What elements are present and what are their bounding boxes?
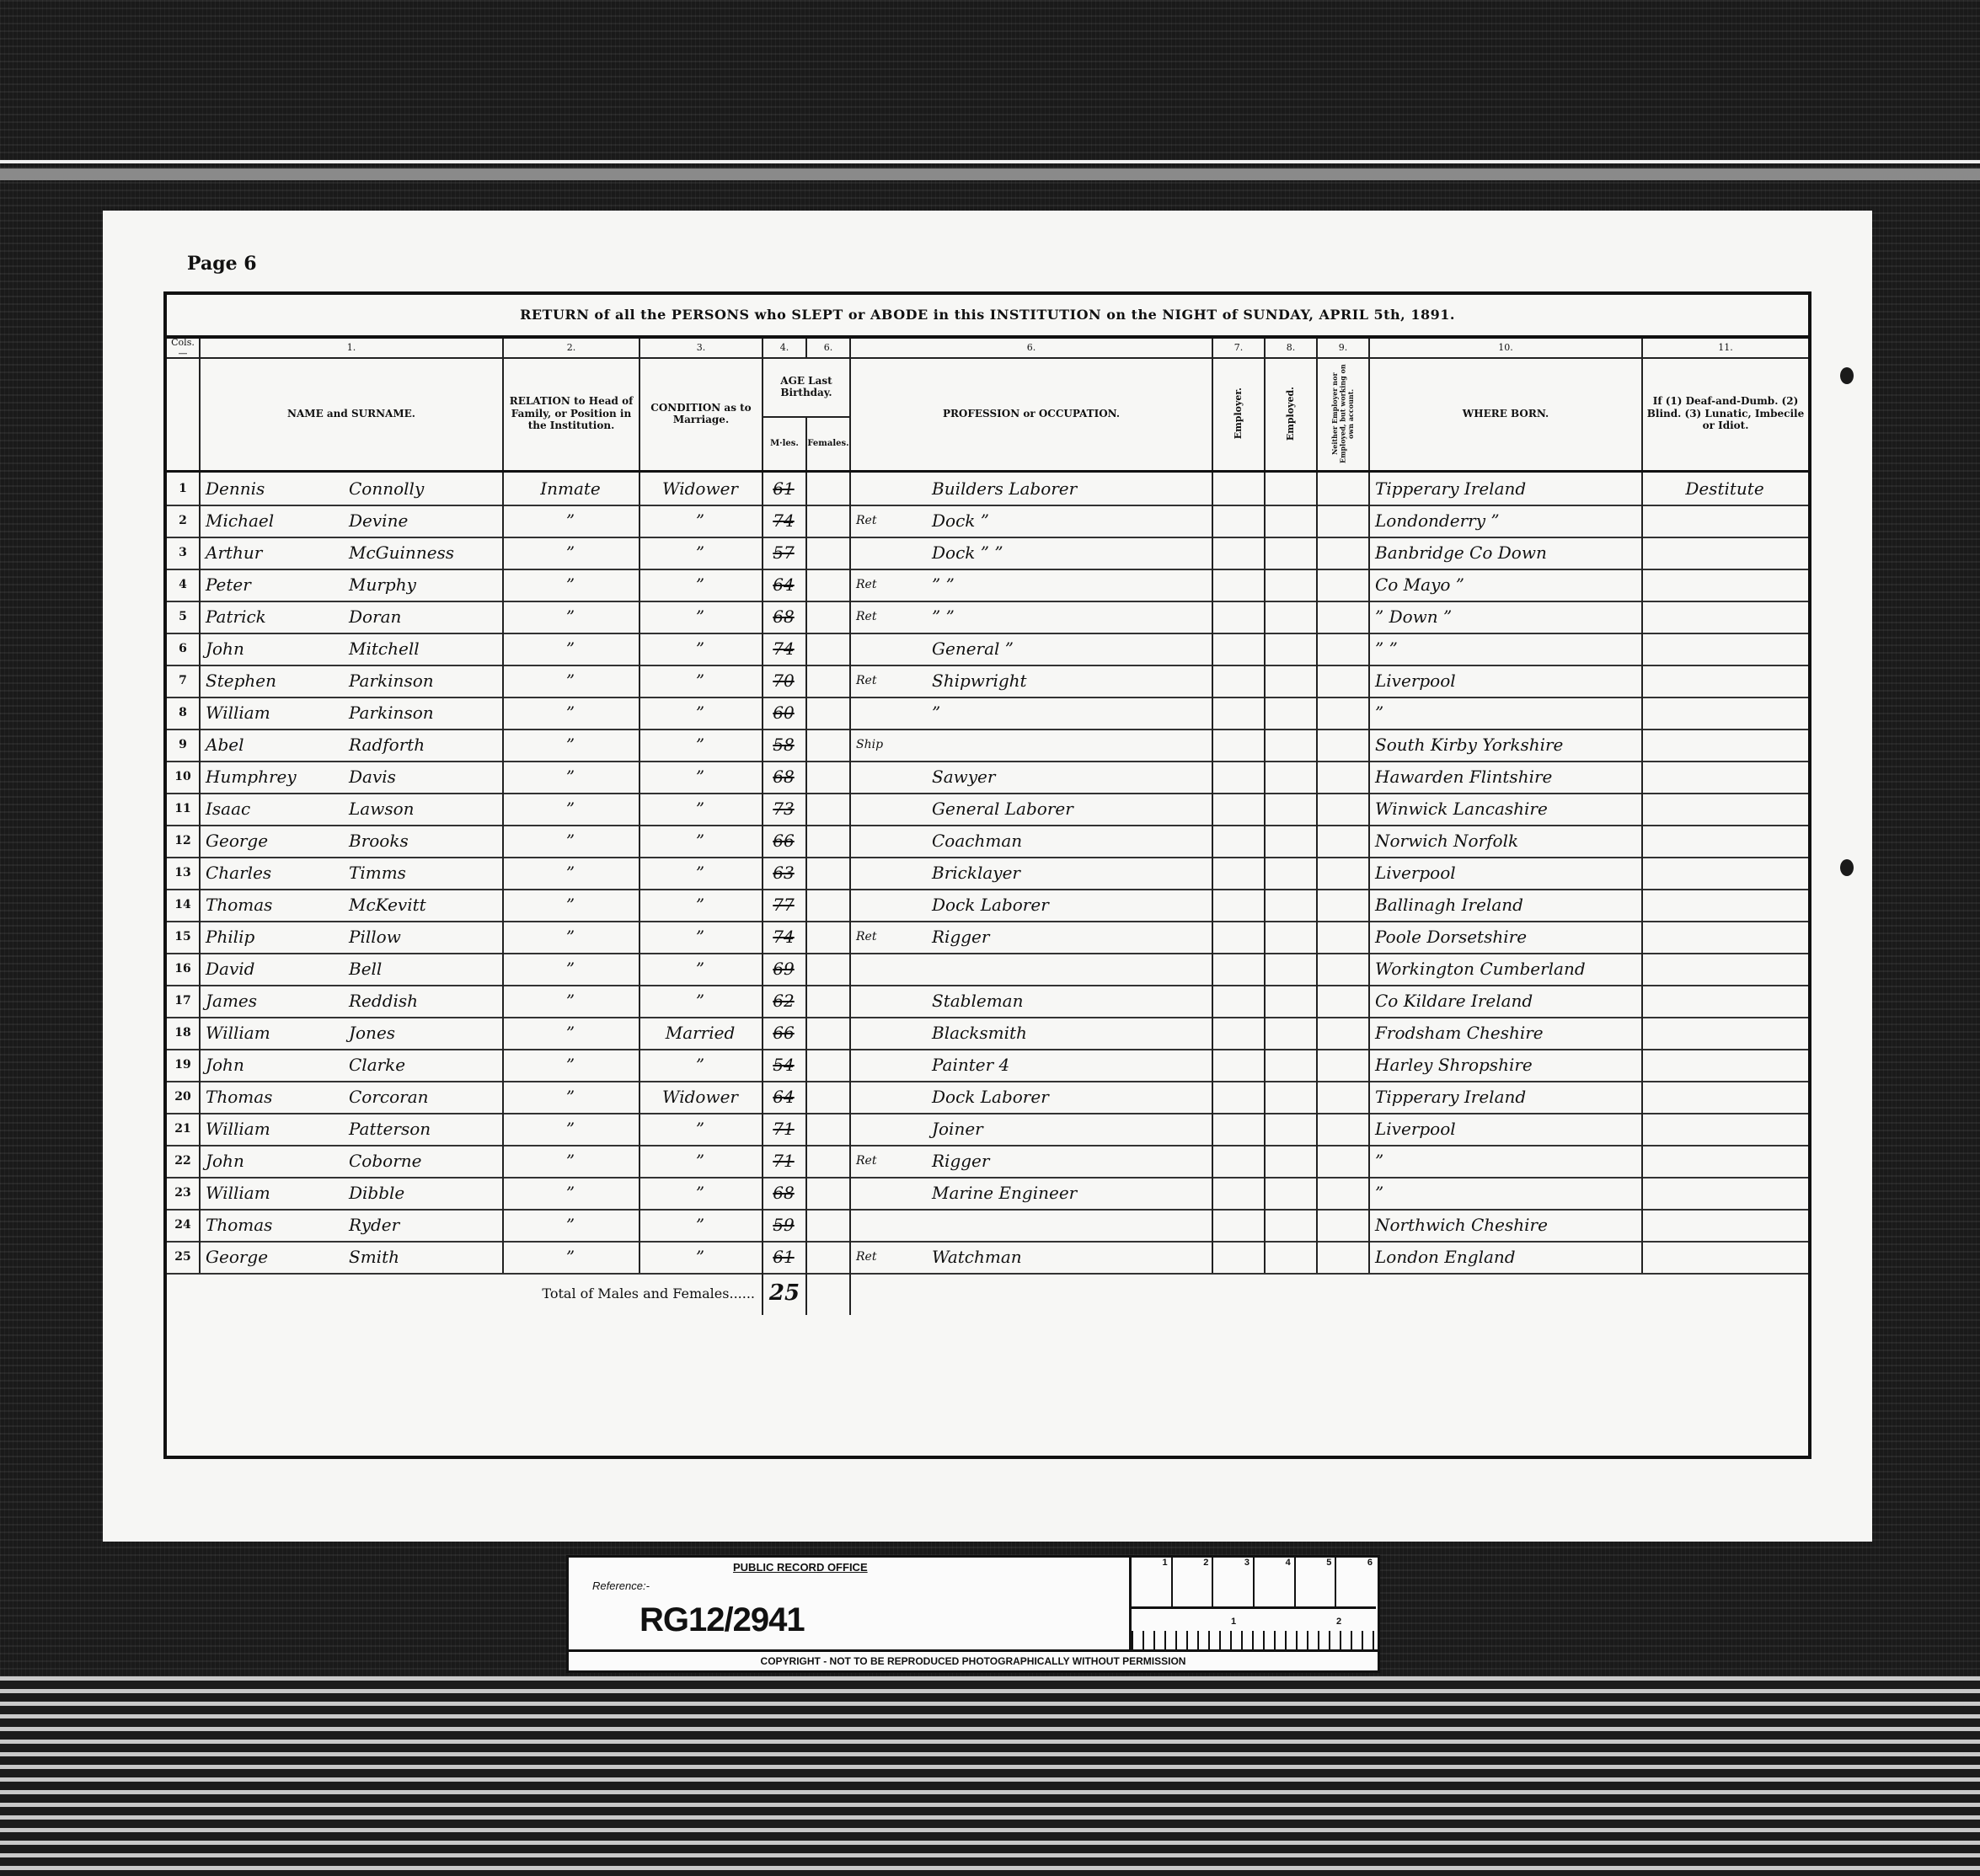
table-row: 5PatrickDoran””68Ret” ”” Down ” bbox=[167, 601, 1808, 634]
age-male-cell: 58 bbox=[763, 729, 807, 761]
employed-cell bbox=[1266, 729, 1318, 761]
condition-cell: ” bbox=[640, 729, 763, 761]
occupation-cell: ” ” bbox=[927, 601, 1213, 633]
col-num-6: 6. bbox=[851, 339, 1213, 357]
own-account-cell bbox=[1318, 537, 1370, 569]
occupation-cell bbox=[927, 729, 1213, 761]
condition-cell: ” bbox=[640, 761, 763, 793]
infirmity-cell bbox=[1643, 1017, 1808, 1049]
total-females bbox=[807, 1273, 851, 1315]
first-name-cell: Thomas bbox=[201, 1081, 344, 1113]
employed-cell bbox=[1266, 601, 1318, 633]
employed-cell bbox=[1266, 1113, 1318, 1145]
occupation-cell: Shipwright bbox=[927, 665, 1213, 697]
first-name-cell: William bbox=[201, 1177, 344, 1209]
surname-cell: Ryder bbox=[344, 1209, 504, 1241]
row-number-cell: 4 bbox=[167, 569, 201, 601]
occupation-note-cell: Ret bbox=[851, 921, 927, 953]
row-number-cell: 19 bbox=[167, 1049, 201, 1081]
own-account-cell bbox=[1318, 473, 1370, 505]
occupation-note-cell: Ret bbox=[851, 1241, 927, 1273]
where-born-cell: ” bbox=[1370, 697, 1643, 729]
surname-cell: Smith bbox=[344, 1241, 504, 1273]
age-male-cell: 60 bbox=[763, 697, 807, 729]
surname-cell: Parkinson bbox=[344, 697, 504, 729]
where-born-cell: Ballinagh Ireland bbox=[1370, 889, 1643, 921]
occupation-cell: ” bbox=[927, 697, 1213, 729]
relation-cell: ” bbox=[504, 1049, 640, 1081]
occupation-note-cell bbox=[851, 825, 927, 857]
infirmity-cell bbox=[1643, 1081, 1808, 1113]
ruler-inch-mark: 2 bbox=[1336, 1617, 1341, 1627]
infirmity-cell bbox=[1643, 505, 1808, 537]
header-where-born: WHERE BORN. bbox=[1370, 357, 1643, 470]
total-row: Total of Males and Females...... 25 bbox=[167, 1273, 1808, 1315]
first-name-cell: Isaac bbox=[201, 793, 344, 825]
row-number-cell: 1 bbox=[167, 473, 201, 505]
employed-cell bbox=[1266, 537, 1318, 569]
employed-cell bbox=[1266, 857, 1318, 889]
age-male-cell: 71 bbox=[763, 1145, 807, 1177]
relation-cell: ” bbox=[504, 825, 640, 857]
where-born-cell: Co Kildare Ireland bbox=[1370, 985, 1643, 1017]
col-num-4: 4. bbox=[763, 339, 807, 357]
table-row: 20ThomasCorcoran”Widower64Dock LaborerTi… bbox=[167, 1081, 1808, 1114]
table-row: 18WilliamJones”Married66BlacksmithFrodsh… bbox=[167, 1017, 1808, 1050]
age-female-cell bbox=[807, 825, 851, 857]
table-row: 9AbelRadforth””58ShipSouth Kirby Yorkshi… bbox=[167, 729, 1808, 762]
occupation-cell: Coachman bbox=[927, 825, 1213, 857]
own-account-cell bbox=[1318, 601, 1370, 633]
occupation-cell: ” ” bbox=[927, 569, 1213, 601]
col-num-10: 10. bbox=[1370, 339, 1643, 357]
col-num-11: 11. bbox=[1643, 339, 1808, 357]
infirmity-cell bbox=[1643, 1145, 1808, 1177]
table-row: 8WilliamParkinson””60”” bbox=[167, 697, 1808, 730]
first-name-cell: Peter bbox=[201, 569, 344, 601]
own-account-cell bbox=[1318, 889, 1370, 921]
header-females: Females. bbox=[807, 418, 851, 470]
where-born-cell: Liverpool bbox=[1370, 1113, 1643, 1145]
occupation-cell: Rigger bbox=[927, 1145, 1213, 1177]
surname-cell: Connolly bbox=[344, 473, 504, 505]
occupation-cell: General Laborer bbox=[927, 793, 1213, 825]
table-row: 16DavidBell””69Workington Cumberland bbox=[167, 953, 1808, 986]
occupation-cell: Bricklayer bbox=[927, 857, 1213, 889]
employer-cell bbox=[1213, 505, 1266, 537]
age-female-cell bbox=[807, 537, 851, 569]
own-account-cell bbox=[1318, 793, 1370, 825]
ruler-mark: 2 bbox=[1173, 1558, 1214, 1606]
surname-cell: Radforth bbox=[344, 729, 504, 761]
ruler-mark: 1 bbox=[1132, 1558, 1173, 1606]
table-row: 15PhilipPillow””74RetRiggerPoole Dorsets… bbox=[167, 921, 1808, 954]
age-male-cell: 68 bbox=[763, 1177, 807, 1209]
condition-cell: ” bbox=[640, 857, 763, 889]
form-title: RETURN of all the PERSONS who SLEPT or A… bbox=[167, 295, 1808, 339]
first-name-cell: John bbox=[201, 633, 344, 665]
first-name-cell: George bbox=[201, 825, 344, 857]
infirmity-cell bbox=[1643, 697, 1808, 729]
first-name-cell: John bbox=[201, 1049, 344, 1081]
table-row: 7StephenParkinson””70RetShipwrightLiverp… bbox=[167, 665, 1808, 698]
condition-cell: ” bbox=[640, 889, 763, 921]
condition-cell: ” bbox=[640, 985, 763, 1017]
where-born-cell: Frodsham Cheshire bbox=[1370, 1017, 1643, 1049]
ruler-top: 1 2 3 4 5 6 bbox=[1132, 1558, 1376, 1609]
table-row: 2MichaelDevine””74RetDock ”Londonderry ” bbox=[167, 505, 1808, 538]
surname-cell: Parkinson bbox=[344, 665, 504, 697]
surname-cell: Jones bbox=[344, 1017, 504, 1049]
employed-cell bbox=[1266, 985, 1318, 1017]
row-number-cell: 17 bbox=[167, 985, 201, 1017]
relation-cell: ” bbox=[504, 1081, 640, 1113]
own-account-cell bbox=[1318, 1081, 1370, 1113]
age-female-cell bbox=[807, 1177, 851, 1209]
where-born-cell: Tipperary Ireland bbox=[1370, 473, 1643, 505]
first-name-cell: Stephen bbox=[201, 665, 344, 697]
employer-cell bbox=[1213, 1113, 1266, 1145]
employer-cell bbox=[1213, 825, 1266, 857]
where-born-cell: ” Down ” bbox=[1370, 601, 1643, 633]
header-relation: RELATION to Head of Family, or Position … bbox=[504, 357, 640, 470]
col-num-8: 8. bbox=[1266, 339, 1318, 357]
table-row: 12GeorgeBrooks””66CoachmanNorwich Norfol… bbox=[167, 825, 1808, 858]
occupation-note-cell bbox=[851, 697, 927, 729]
occupation-note-cell bbox=[851, 1113, 927, 1145]
surname-cell: Pillow bbox=[344, 921, 504, 953]
col-num-9: 9. bbox=[1318, 339, 1370, 357]
header-employed-text: Employed. bbox=[1285, 387, 1296, 441]
relation-cell: ” bbox=[504, 985, 640, 1017]
punch-hole bbox=[1840, 859, 1854, 876]
relation-cell: ” bbox=[504, 697, 640, 729]
row-number-cell: 7 bbox=[167, 665, 201, 697]
occupation-cell: Painter 4 bbox=[927, 1049, 1213, 1081]
first-name-cell: Dennis bbox=[201, 473, 344, 505]
relation-cell: ” bbox=[504, 1145, 640, 1177]
cols-label: Cols.— bbox=[167, 339, 201, 357]
header-occupation: PROFESSION or OCCUPATION. bbox=[851, 357, 1213, 470]
relation-cell: ” bbox=[504, 665, 640, 697]
row-number-cell: 18 bbox=[167, 1017, 201, 1049]
employer-cell bbox=[1213, 761, 1266, 793]
relation-cell: ” bbox=[504, 729, 640, 761]
occupation-cell: Marine Engineer bbox=[927, 1177, 1213, 1209]
where-born-cell: Harley Shropshire bbox=[1370, 1049, 1643, 1081]
age-male-cell: 54 bbox=[763, 1049, 807, 1081]
surname-cell: Corcoran bbox=[344, 1081, 504, 1113]
employer-cell bbox=[1213, 601, 1266, 633]
infirmity-cell bbox=[1643, 857, 1808, 889]
occupation-note-cell bbox=[851, 473, 927, 505]
row-number-cell: 8 bbox=[167, 697, 201, 729]
infirmity-cell bbox=[1643, 953, 1808, 985]
employed-cell bbox=[1266, 505, 1318, 537]
relation-cell: ” bbox=[504, 953, 640, 985]
surname-cell: Mitchell bbox=[344, 633, 504, 665]
employed-cell bbox=[1266, 953, 1318, 985]
condition-cell: ” bbox=[640, 697, 763, 729]
row-number-cell: 12 bbox=[167, 825, 201, 857]
employer-cell bbox=[1213, 1209, 1266, 1241]
header-neither: Neither Employer nor Employed, but worki… bbox=[1318, 357, 1370, 470]
condition-cell: ” bbox=[640, 1241, 763, 1273]
occupation-cell: Builders Laborer bbox=[927, 473, 1213, 505]
table-row: 1DennisConnollyInmateWidower61Builders L… bbox=[167, 473, 1808, 506]
employed-cell bbox=[1266, 1081, 1318, 1113]
row-number-cell: 23 bbox=[167, 1177, 201, 1209]
where-born-cell: Workington Cumberland bbox=[1370, 953, 1643, 985]
ruler-mark: 5 bbox=[1296, 1558, 1337, 1606]
occupation-note-cell bbox=[851, 985, 927, 1017]
first-name-cell: George bbox=[201, 1241, 344, 1273]
infirmity-cell bbox=[1643, 793, 1808, 825]
age-female-cell bbox=[807, 793, 851, 825]
ref-prefix: Reference:- bbox=[592, 1579, 650, 1592]
row-number-cell: 3 bbox=[167, 537, 201, 569]
occupation-note-cell: Ret bbox=[851, 665, 927, 697]
employed-cell bbox=[1266, 697, 1318, 729]
employer-cell bbox=[1213, 1017, 1266, 1049]
where-born-cell: Hawarden Flintshire bbox=[1370, 761, 1643, 793]
ruler-bottom: 1 2 bbox=[1132, 1608, 1376, 1649]
condition-cell: ” bbox=[640, 1049, 763, 1081]
table-row: 22JohnCoborne””71RetRigger” bbox=[167, 1145, 1808, 1179]
table-row: 3ArthurMcGuinness””57Dock ” ”Banbridge C… bbox=[167, 537, 1808, 570]
where-born-cell: Poole Dorsetshire bbox=[1370, 921, 1643, 953]
occupation-cell: Joiner bbox=[927, 1113, 1213, 1145]
employed-cell bbox=[1266, 1177, 1318, 1209]
own-account-cell bbox=[1318, 633, 1370, 665]
age-female-cell bbox=[807, 601, 851, 633]
header-males: M·les. bbox=[763, 418, 807, 470]
first-name-cell: David bbox=[201, 953, 344, 985]
age-female-cell bbox=[807, 633, 851, 665]
age-male-cell: 74 bbox=[763, 921, 807, 953]
infirmity-cell bbox=[1643, 633, 1808, 665]
header-name: NAME and SURNAME. bbox=[201, 357, 504, 470]
own-account-cell bbox=[1318, 1209, 1370, 1241]
age-male-cell: 57 bbox=[763, 537, 807, 569]
age-male-cell: 63 bbox=[763, 857, 807, 889]
employer-cell bbox=[1213, 1081, 1266, 1113]
infirmity-cell: Destitute bbox=[1643, 473, 1808, 505]
surname-cell: Clarke bbox=[344, 1049, 504, 1081]
own-account-cell bbox=[1318, 921, 1370, 953]
age-female-cell bbox=[807, 1209, 851, 1241]
employed-cell bbox=[1266, 793, 1318, 825]
condition-cell: ” bbox=[640, 953, 763, 985]
age-male-cell: 74 bbox=[763, 505, 807, 537]
occupation-note-cell bbox=[851, 1177, 927, 1209]
occupation-note-cell bbox=[851, 633, 927, 665]
surname-cell: Brooks bbox=[344, 825, 504, 857]
infirmity-cell bbox=[1643, 889, 1808, 921]
first-name-cell: Humphrey bbox=[201, 761, 344, 793]
where-born-cell: Londonderry ” bbox=[1370, 505, 1643, 537]
condition-cell: ” bbox=[640, 1177, 763, 1209]
employed-cell bbox=[1266, 1145, 1318, 1177]
row-number-cell: 9 bbox=[167, 729, 201, 761]
relation-cell: ” bbox=[504, 889, 640, 921]
employer-cell bbox=[1213, 985, 1266, 1017]
relation-cell: ” bbox=[504, 1113, 640, 1145]
page-label: Page 6 bbox=[187, 253, 257, 275]
occupation-cell: General ” bbox=[927, 633, 1213, 665]
own-account-cell bbox=[1318, 825, 1370, 857]
first-name-cell: Patrick bbox=[201, 601, 344, 633]
age-male-cell: 62 bbox=[763, 985, 807, 1017]
own-account-cell bbox=[1318, 505, 1370, 537]
where-born-cell: Tipperary Ireland bbox=[1370, 1081, 1643, 1113]
occupation-cell: Sawyer bbox=[927, 761, 1213, 793]
condition-cell: ” bbox=[640, 825, 763, 857]
employed-cell bbox=[1266, 473, 1318, 505]
employed-cell bbox=[1266, 761, 1318, 793]
condition-cell: ” bbox=[640, 537, 763, 569]
occupation-note-cell: Ret bbox=[851, 601, 927, 633]
row-number-cell: 10 bbox=[167, 761, 201, 793]
first-name-cell: Abel bbox=[201, 729, 344, 761]
occupation-note-cell bbox=[851, 1081, 927, 1113]
ruler-mark: 6 bbox=[1336, 1558, 1376, 1606]
age-male-cell: 74 bbox=[763, 633, 807, 665]
condition-cell: ” bbox=[640, 569, 763, 601]
age-female-cell bbox=[807, 473, 851, 505]
col-num-5: 6. bbox=[807, 339, 851, 357]
occupation-cell: Dock Laborer bbox=[927, 889, 1213, 921]
first-name-cell: Thomas bbox=[201, 1209, 344, 1241]
infirmity-cell bbox=[1643, 1049, 1808, 1081]
age-male-cell: 66 bbox=[763, 825, 807, 857]
occupation-cell: Dock ” bbox=[927, 505, 1213, 537]
age-female-cell bbox=[807, 889, 851, 921]
condition-cell: ” bbox=[640, 1145, 763, 1177]
employer-cell bbox=[1213, 729, 1266, 761]
surname-cell: Davis bbox=[344, 761, 504, 793]
employed-cell bbox=[1266, 665, 1318, 697]
employer-cell bbox=[1213, 1145, 1266, 1177]
infirmity-cell bbox=[1643, 729, 1808, 761]
infirmity-cell bbox=[1643, 761, 1808, 793]
condition-cell: ” bbox=[640, 633, 763, 665]
occupation-note-cell bbox=[851, 857, 927, 889]
occupation-note-cell bbox=[851, 1209, 927, 1241]
row-number-cell: 15 bbox=[167, 921, 201, 953]
employer-cell bbox=[1213, 633, 1266, 665]
occupation-cell bbox=[927, 953, 1213, 985]
employer-cell bbox=[1213, 569, 1266, 601]
occupation-cell: Rigger bbox=[927, 921, 1213, 953]
employed-cell bbox=[1266, 1209, 1318, 1241]
row-number-cell: 22 bbox=[167, 1145, 201, 1177]
age-male-cell: 70 bbox=[763, 665, 807, 697]
scan-frame-line bbox=[0, 160, 1980, 163]
occupation-note-cell: Ret bbox=[851, 569, 927, 601]
own-account-cell bbox=[1318, 985, 1370, 1017]
infirmity-cell bbox=[1643, 1241, 1808, 1273]
age-male-cell: 59 bbox=[763, 1209, 807, 1241]
table-row: 17JamesReddish””62StablemanCo Kildare Ir… bbox=[167, 985, 1808, 1018]
condition-cell: ” bbox=[640, 921, 763, 953]
employer-cell bbox=[1213, 1177, 1266, 1209]
surname-cell: Coborne bbox=[344, 1145, 504, 1177]
age-male-cell: 73 bbox=[763, 793, 807, 825]
occupation-cell: Stableman bbox=[927, 985, 1213, 1017]
row-number-cell: 5 bbox=[167, 601, 201, 633]
where-born-cell: Winwick Lancashire bbox=[1370, 793, 1643, 825]
own-account-cell bbox=[1318, 697, 1370, 729]
surname-cell: Lawson bbox=[344, 793, 504, 825]
employer-cell bbox=[1213, 889, 1266, 921]
occupation-note-cell bbox=[851, 953, 927, 985]
own-account-cell bbox=[1318, 761, 1370, 793]
age-female-cell bbox=[807, 1017, 851, 1049]
row-number-cell: 6 bbox=[167, 633, 201, 665]
age-female-cell bbox=[807, 953, 851, 985]
surname-cell: Murphy bbox=[344, 569, 504, 601]
header-condition: CONDITION as to Marriage. bbox=[640, 357, 763, 470]
own-account-cell bbox=[1318, 1241, 1370, 1273]
row-number-cell: 21 bbox=[167, 1113, 201, 1145]
ref-office: PUBLIC RECORD OFFICE bbox=[733, 1561, 868, 1574]
surname-cell: McGuinness bbox=[344, 537, 504, 569]
surname-cell: McKevitt bbox=[344, 889, 504, 921]
occupation-note-cell: Ret bbox=[851, 1145, 927, 1177]
infirmity-cell bbox=[1643, 665, 1808, 697]
row-number-cell: 24 bbox=[167, 1209, 201, 1241]
employer-cell bbox=[1213, 697, 1266, 729]
occupation-cell bbox=[927, 1209, 1213, 1241]
infirmity-cell bbox=[1643, 985, 1808, 1017]
age-male-cell: 69 bbox=[763, 953, 807, 985]
employer-cell bbox=[1213, 953, 1266, 985]
infirmity-cell bbox=[1643, 1209, 1808, 1241]
header-employer-text: Employer. bbox=[1233, 387, 1244, 439]
occupation-note-cell bbox=[851, 889, 927, 921]
occupation-cell: Dock Laborer bbox=[927, 1081, 1213, 1113]
employer-cell bbox=[1213, 857, 1266, 889]
relation-cell: ” bbox=[504, 505, 640, 537]
age-female-cell bbox=[807, 921, 851, 953]
relation-cell: Inmate bbox=[504, 473, 640, 505]
relation-cell: ” bbox=[504, 1241, 640, 1273]
employed-cell bbox=[1266, 1241, 1318, 1273]
ruler-mark: 4 bbox=[1255, 1558, 1296, 1606]
occupation-note-cell bbox=[851, 1017, 927, 1049]
scale-ruler: 1 2 3 4 5 6 1 2 bbox=[1129, 1558, 1376, 1649]
occupation-note-cell: Ship bbox=[851, 729, 927, 761]
row-number-cell: 25 bbox=[167, 1241, 201, 1273]
where-born-cell: Northwich Cheshire bbox=[1370, 1209, 1643, 1241]
relation-cell: ” bbox=[504, 633, 640, 665]
condition-cell: ” bbox=[640, 601, 763, 633]
own-account-cell bbox=[1318, 729, 1370, 761]
row-number-cell: 11 bbox=[167, 793, 201, 825]
relation-cell: ” bbox=[504, 1209, 640, 1241]
age-male-cell: 61 bbox=[763, 1241, 807, 1273]
table-row: 13CharlesTimms””63BricklayerLiverpool bbox=[167, 857, 1808, 890]
age-female-cell bbox=[807, 505, 851, 537]
infirmity-cell bbox=[1643, 537, 1808, 569]
age-female-cell bbox=[807, 569, 851, 601]
condition-cell: Widower bbox=[640, 473, 763, 505]
where-born-cell: ” bbox=[1370, 1177, 1643, 1209]
condition-cell: Married bbox=[640, 1017, 763, 1049]
ref-copyright: COPYRIGHT - NOT TO BE REPRODUCED PHOTOGR… bbox=[569, 1649, 1378, 1670]
occupation-note-cell bbox=[851, 793, 927, 825]
